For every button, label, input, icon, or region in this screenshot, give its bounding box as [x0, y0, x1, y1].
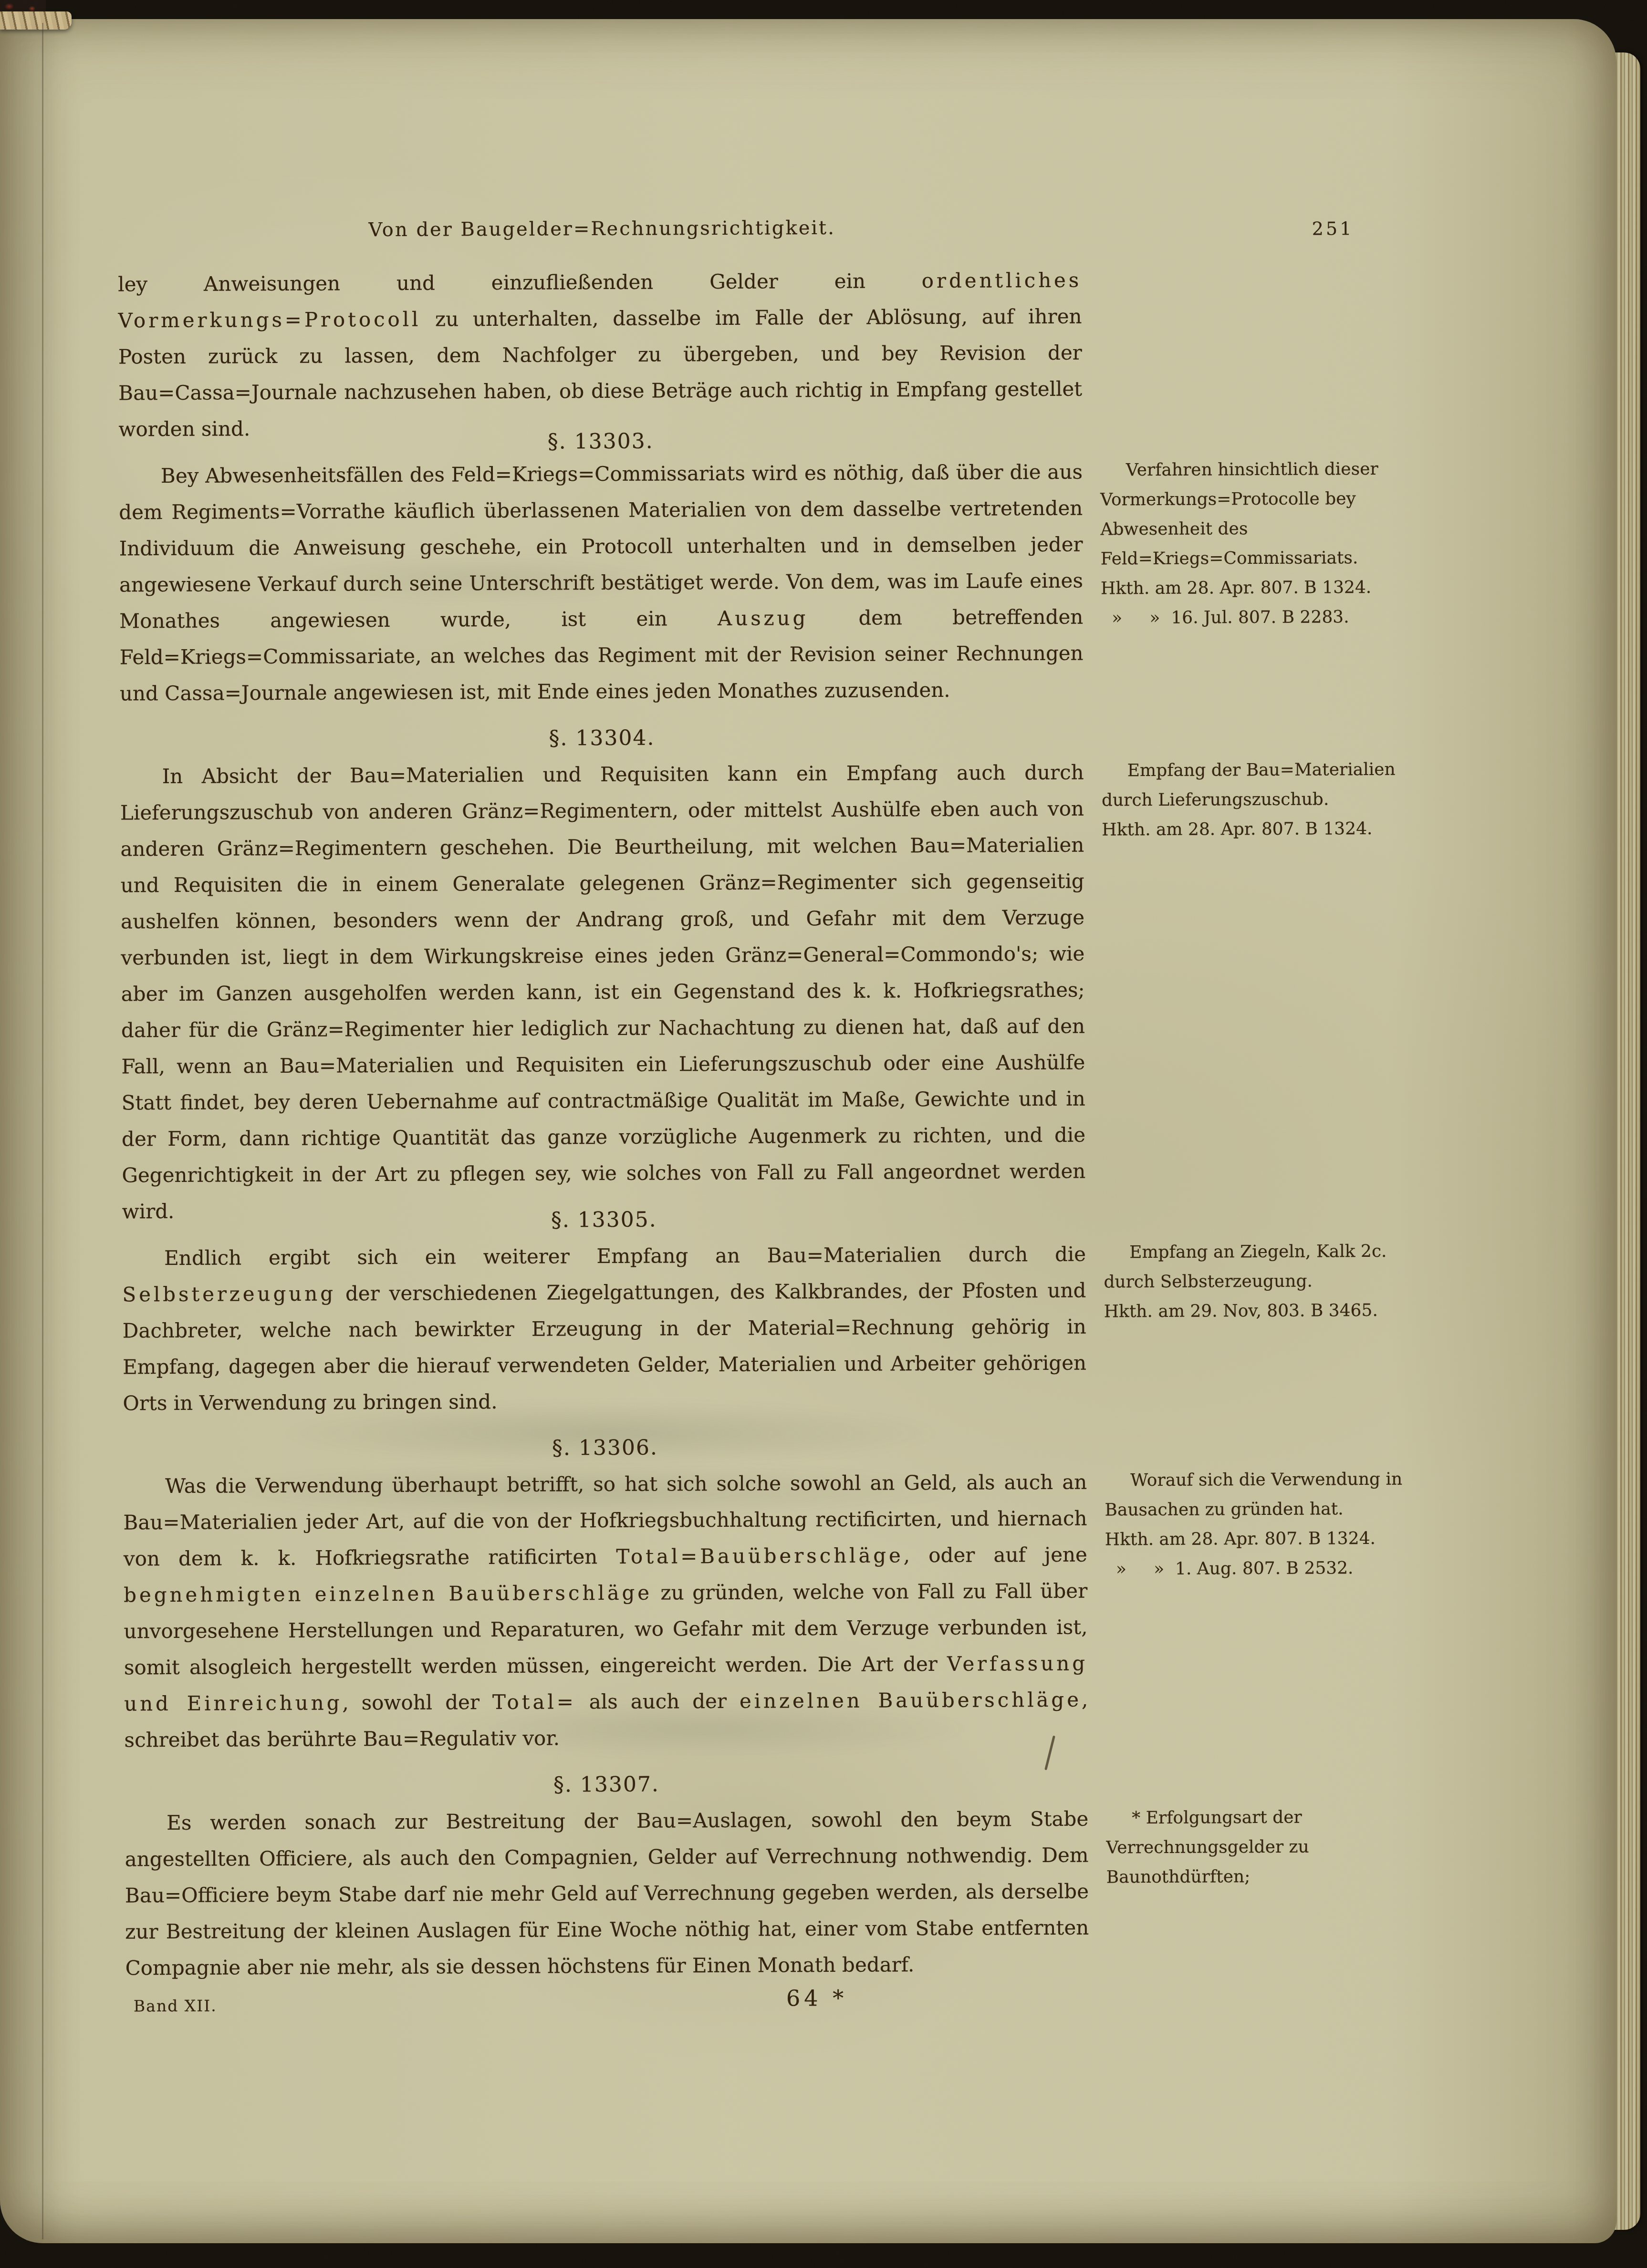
body-text: Endlich ergibt sich ein weiterer Empfang… [164, 1243, 1086, 1270]
body-text: als auch der [576, 1689, 740, 1713]
section-paragraph-13304: In Absicht der Bau=Materialien und Requi… [120, 755, 1086, 1230]
emphasized-text: Selbsterzeugung [122, 1282, 336, 1306]
book-page-scan: Von der Baugelder=Rechnungsrichtigkeit. … [0, 0, 1647, 2268]
margin-note-13305: Empfang an Ziegeln, Kalk 2c. durch Selbs… [1104, 1236, 1438, 1326]
footer-sheet-signature: 64 * [786, 1985, 847, 2011]
body-text: In Absicht der Bau=Materialien und Requi… [120, 761, 1086, 1223]
margin-note-ref: Hkth. am 28. Apr. 807. B 1324. [1101, 572, 1435, 603]
emphasized-text: Total=Bauüberschläge [616, 1543, 904, 1568]
margin-note-text: Worauf sich die Verwendung in Bausachen … [1105, 1464, 1439, 1525]
margin-note-13306: Worauf sich die Verwendung in Bausachen … [1105, 1464, 1439, 1584]
margin-note-text: * Erfolgungsart der Verrechnungsgelder z… [1106, 1802, 1440, 1892]
emphasized-text: einzelnen Bauüberschläge [740, 1688, 1082, 1713]
margin-note-text: Empfang der Bau=Materialien durch Liefer… [1102, 755, 1436, 815]
printed-text-layer: Von der Baugelder=Rechnungsrichtigkeit. … [0, 0, 1647, 2268]
margin-note-13303: Verfahren hinsichtlich dieser Vormerkung… [1100, 454, 1435, 633]
body-text: , oder auf jene [904, 1543, 1087, 1567]
margin-note-ref: » » 16. Jul. 807. B 2283. [1101, 602, 1435, 633]
emphasized-text: begnehmigten einzelnen Bauüberschläge [124, 1581, 652, 1607]
page-number: 251 [1312, 218, 1354, 239]
margin-note-text: Verfahren hinsichtlich dieser Vormerkung… [1100, 454, 1435, 574]
section-heading-13306: §. 13306. [123, 1418, 1087, 1469]
section-paragraph-13305: Endlich ergibt sich ein weiterer Empfang… [122, 1236, 1087, 1422]
section-heading-13307: §. 13307. [125, 1754, 1088, 1805]
margin-note-ref: Hkth. am 28. Apr. 807. B 1324. [1102, 814, 1436, 845]
margin-note-13307: * Erfolgungsart der Verrechnungsgelder z… [1106, 1802, 1440, 1892]
section-paragraph-13307: Es werden sonach zur Bestreitung der Bau… [125, 1801, 1089, 1987]
margin-note-ref: Hkth. am 29. Nov, 803. B 3465. [1104, 1295, 1438, 1326]
emphasized-text: Total= [492, 1690, 576, 1714]
margin-note-text: Empfang an Ziegeln, Kalk 2c. durch Selbs… [1104, 1236, 1438, 1297]
margin-note-ref: » » 1. Aug. 807. B 2532. [1105, 1553, 1439, 1584]
section-paragraph-13303: Bey Abwesenheitsfällen des Feld=Kriegs=C… [119, 454, 1084, 712]
margin-note-ref: Hkth. am 28. Apr. 807. B 1324. [1105, 1523, 1439, 1554]
section-heading-13304: §. 13304. [120, 708, 1084, 759]
body-text: Es werden sonach zur Bestreitung der Bau… [125, 1807, 1089, 1980]
emphasized-text: Auszug [718, 606, 808, 630]
section-heading-13305: §. 13305. [122, 1190, 1086, 1241]
section-paragraph-13306: Was die Verwendung überhaupt betrifft, s… [123, 1464, 1088, 1759]
body-text: ley Anweisungen und einzufließenden Geld… [118, 269, 922, 296]
running-header: Von der Baugelder=Rechnungsrichtigkeit. [282, 217, 922, 241]
margin-note-13304: Empfang der Bau=Materialien durch Liefer… [1102, 755, 1436, 845]
body-text: , sowohl der [342, 1690, 492, 1714]
footer-volume-label: Band XII. [134, 1997, 217, 2016]
